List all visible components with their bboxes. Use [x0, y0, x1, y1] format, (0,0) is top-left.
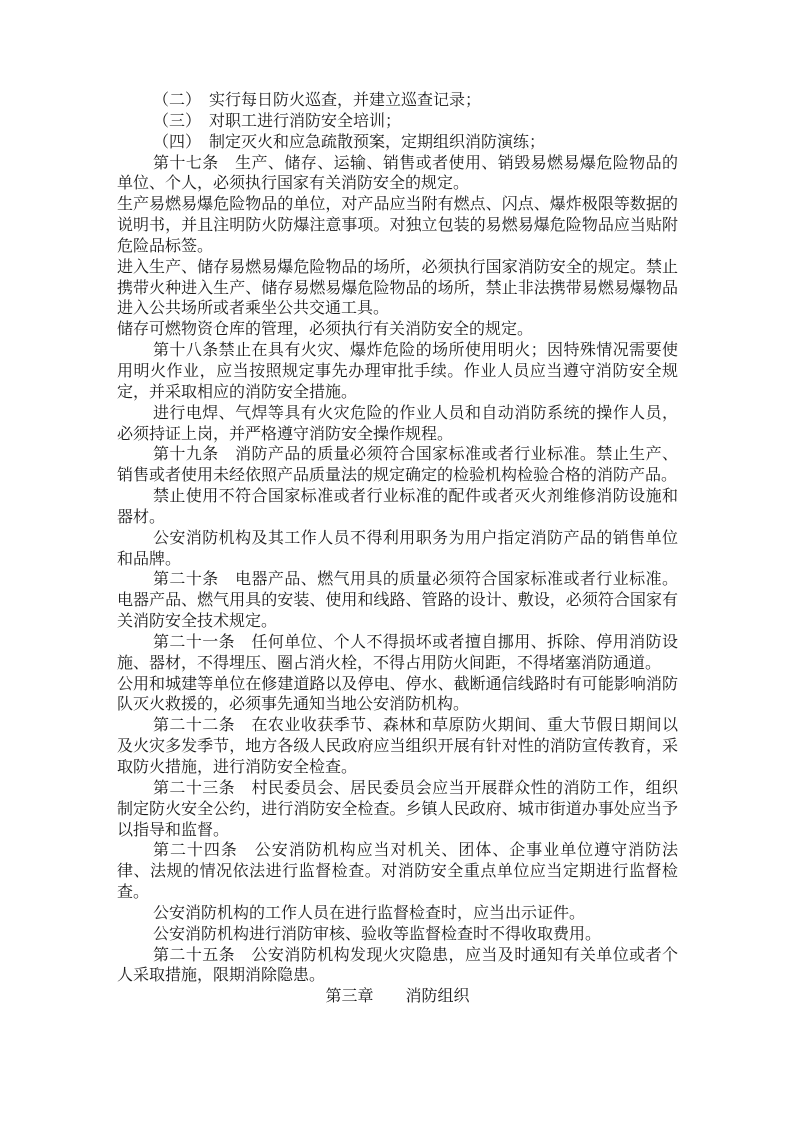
chapter-heading: 第三章 消防组织 [117, 987, 678, 1008]
document-body: （二） 实行每日防火巡查，并建立巡查记录；（三） 对职工进行消防安全培训；（四）… [117, 91, 678, 1008]
paragraph: 进行电焊、气焊等具有火灾危险的作业人员和自动消防系统的操作人员，必须持证上岗，并… [117, 404, 678, 446]
paragraph: 禁止使用不符合国家标准或者行业标准的配件或者灭火剂维修消防设施和器材。 [117, 487, 678, 529]
paragraph: 第二十四条 公安消防机构应当对机关、团体、企事业单位遵守消防法律、法规的情况依法… [117, 841, 678, 904]
paragraph: 公用和城建等单位在修建道路以及停电、停水、截断通信线路时有可能影响消防队灭火救援… [117, 675, 678, 717]
paragraph: 第二十五条 公安消防机构发现火灾隐患，应当及时通知有关单位或者个人采取措施，限期… [117, 946, 678, 988]
paragraph: 生产易燃易爆危险物品的单位，对产品应当附有燃点、闪点、爆炸极限等数据的说明书，并… [117, 195, 678, 258]
paragraph: 公安消防机构及其工作人员不得利用职务为用户指定消防产品的销售单位和品牌。 [117, 529, 678, 571]
paragraph: 第二十二条 在农业收获季节、森林和草原防火期间、重大节假日期间以及火灾多发季节，… [117, 716, 678, 779]
paragraph: 第二十三条 村民委员会、居民委员会应当开展群众性的消防工作，组织制定防火安全公约… [117, 779, 678, 842]
paragraph: 第十七条 生产、储存、运输、销售或者使用、销毁易燃易爆危险物品的单位、个人，必须… [117, 154, 678, 196]
paragraph: 进入生产、储存易燃易爆危险物品的场所，必须执行国家消防安全的规定。禁止携带火种进… [117, 258, 678, 321]
paragraph: 第二十一条 任何单位、个人不得损坏或者擅自挪用、拆除、停用消防设施、器材，不得埋… [117, 633, 678, 675]
paragraph: 储存可燃物资仓库的管理，必须执行有关消防安全的规定。 [117, 320, 678, 341]
paragraph: 公安消防机构进行消防审核、验收等监督检查时不得收取费用。 [117, 925, 678, 946]
paragraph: 第十九条 消防产品的质量必须符合国家标准或者行业标准。禁止生产、销售或者使用未经… [117, 445, 678, 487]
paragraph: 公安消防机构的工作人员在进行监督检查时，应当出示证件。 [117, 904, 678, 925]
paragraph: （四） 制定灭火和应急疏散预案，定期组织消防演练； [117, 133, 678, 154]
paragraph: 第十八条禁止在具有火灾、爆炸危险的场所使用明火；因特殊情况需要使用明火作业，应当… [117, 341, 678, 404]
paragraph: 第二十条 电器产品、燃气用具的质量必须符合国家标准或者行业标准。电器产品、燃气用… [117, 570, 678, 633]
paragraph: （二） 实行每日防火巡查，并建立巡查记录； [117, 91, 678, 112]
document-page: （二） 实行每日防火巡查，并建立巡查记录；（三） 对职工进行消防安全培训；（四）… [0, 0, 793, 1122]
paragraph: （三） 对职工进行消防安全培训； [117, 112, 678, 133]
